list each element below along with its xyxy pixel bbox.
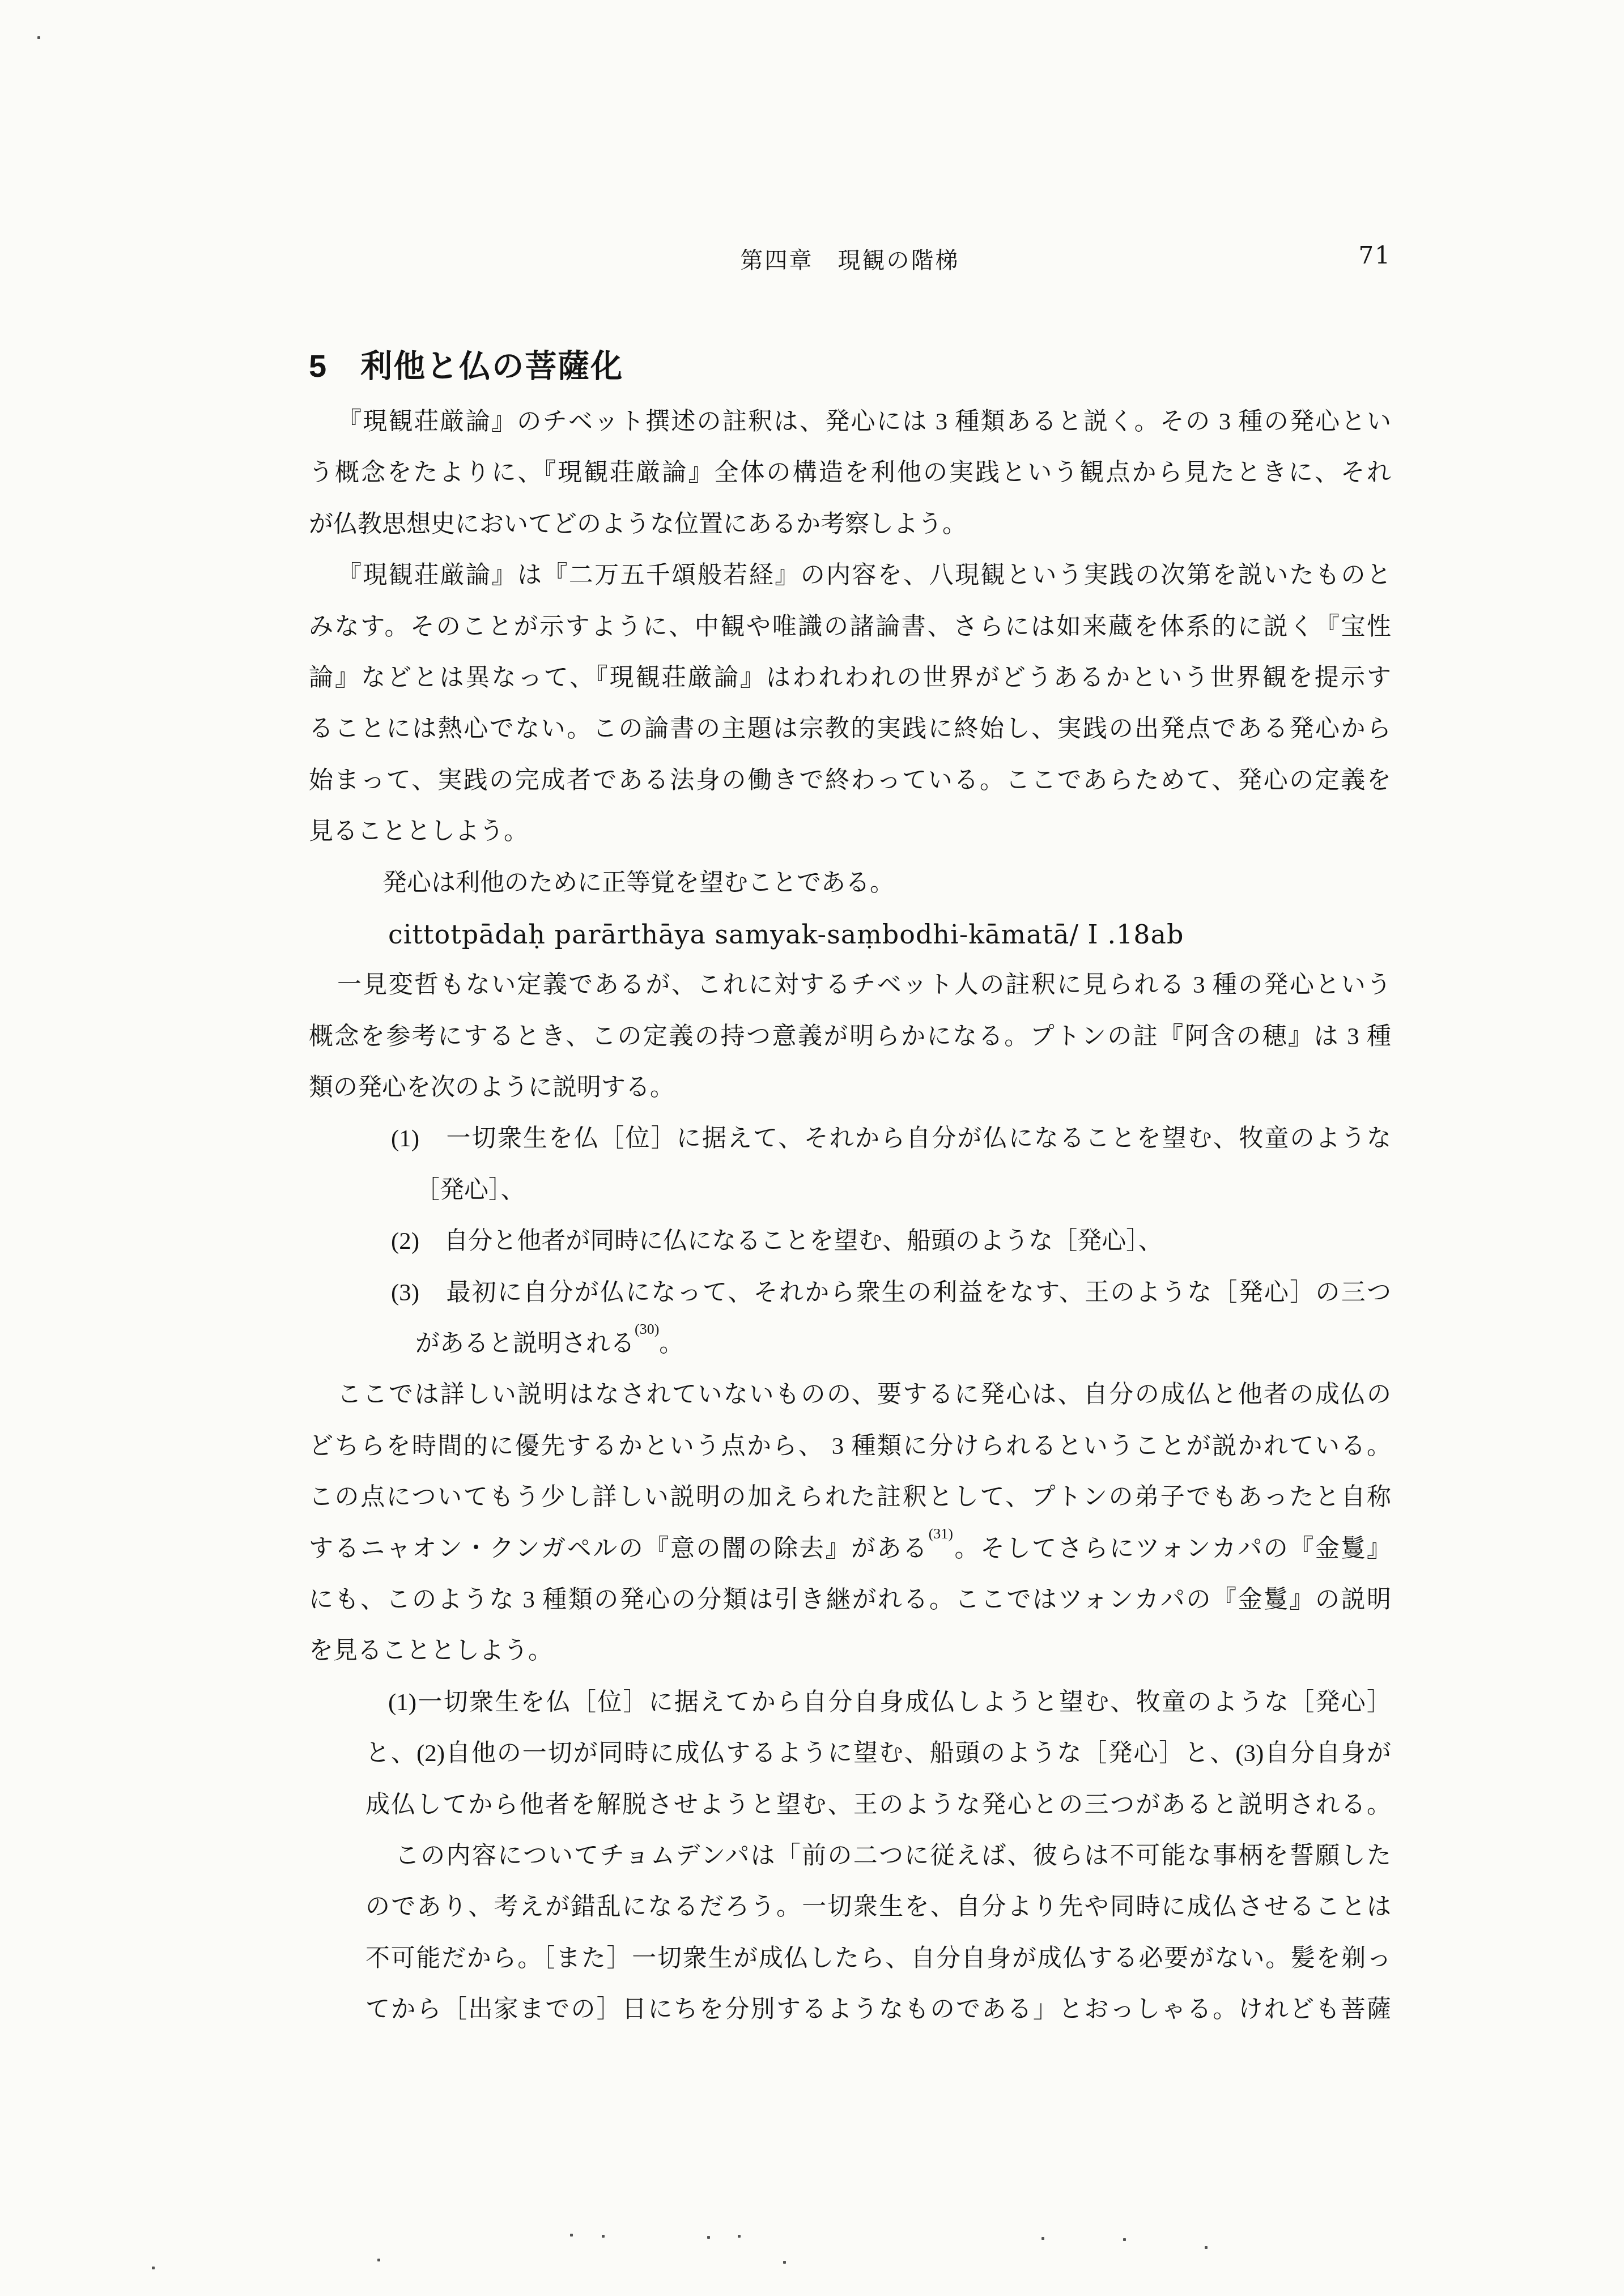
text-line: 論』などとは異なって、『現観荘厳論』はわれわれの世界がどうあるかという世界観を提…: [309, 653, 1391, 704]
scan-speck: [707, 2236, 710, 2239]
text-line: 成仏してから他者を解脱させようと望む、王のような発心との三つがあると説明される。: [309, 1780, 1391, 1831]
section-title: 利他と仏の菩薩化: [360, 348, 623, 384]
text-line: この点についてもう少し詳しい説明の加えられた註釈として、プトンの弟子でもあったと…: [309, 1472, 1391, 1523]
footnote-reference: (30): [635, 1321, 659, 1337]
text-line: と、(2)自他の一切が同時に成仏するように望む、船頭のような［発心］と、(3)自…: [309, 1728, 1391, 1779]
scan-speck: [602, 2235, 605, 2238]
text-line: 発心は利他のために正等覚を望むことである。: [309, 858, 1391, 909]
text-line: 概念を参考にするとき、この定義の持つ意義が明らかになる。プトンの註『阿含の穂』は…: [309, 1011, 1391, 1062]
scan-speck: [1041, 2237, 1044, 2240]
text-line: するニャオン・クンガペルの『意の闇の除去』がある(31)。そしてさらにツォンカパ…: [309, 1524, 1391, 1575]
text-line: う概念をたよりに、『現観荘厳論』全体の構造を利他の実践という観点から見たときに、…: [309, 448, 1391, 499]
scan-speck: [1205, 2246, 1208, 2249]
scan-speck: [1123, 2238, 1126, 2241]
text-line: 類の発心を次のように説明する。: [309, 1062, 1391, 1113]
text-line: を見ることとしよう。: [309, 1626, 1391, 1677]
text-line: (1) 一切衆生を仏［位］に据えて、それから自分が仏になることを望む、牧童のよう…: [309, 1113, 1391, 1164]
scan-speck: [738, 2235, 741, 2238]
text-line: 『現観荘厳論』のチベット撰述の註釈は、発心には 3 種類あると説く。その 3 種…: [309, 397, 1391, 448]
scan-speck: [570, 2234, 573, 2237]
chapter-title: 第四章 現観の階梯: [309, 243, 1391, 275]
text-line: (2) 自分と他者が同時に仏になることを望む、船頭のような［発心］、: [309, 1216, 1391, 1267]
scan-speck: [152, 2267, 155, 2269]
page-number: 71: [1359, 241, 1391, 269]
text-line: てから［出家までの］日にちを分別するようなものである」とおっしゃる。けれども菩薩: [309, 1984, 1391, 2035]
scanned-book-page: 第四章 現観の階梯 71 5利他と仏の菩薩化 『現観荘厳論』のチベット撰述の註釈…: [0, 0, 1624, 2296]
scan-speck: [377, 2259, 380, 2261]
text-line: (1)一切衆生を仏［位］に据えてから自分自身成仏しようと望む、牧童のような［発心…: [309, 1677, 1391, 1728]
running-header: 第四章 現観の階梯 71: [309, 243, 1391, 274]
text-line: ここでは詳しい説明はなされていないものの、要するに発心は、自分の成仏と他者の成仏…: [309, 1370, 1391, 1421]
text-line: が仏教思想史においてどのような位置にあるか考察しよう。: [309, 499, 1391, 550]
scan-speck: [37, 36, 40, 39]
text-line: cittotpādaḥ parārthāya samyak-saṃbodhi-k…: [309, 909, 1391, 960]
text-line: 不可能だから。［また］一切衆生が成仏したら、自分自身が成仏する必要がない。髪を剃…: [309, 1933, 1391, 1984]
text-line: ［発心］、: [309, 1165, 1391, 1216]
section-heading: 5利他と仏の菩薩化: [309, 341, 623, 386]
text-line: 見ることとしよう。: [309, 806, 1391, 857]
text-line: のであり、考えが錯乱になるだろう。一切衆生を、自分より先や同時に成仏させることは: [309, 1882, 1391, 1933]
scan-speck: [783, 2261, 786, 2264]
text-line: 『現観荘厳論』は『二万五千頌般若経』の内容を、八現観という実践の次第を説いたもの…: [309, 550, 1391, 601]
text-line: (3) 最初に自分が仏になって、それから衆生の利益をなす、王のような［発心］の三…: [309, 1268, 1391, 1319]
text-line: 一見変哲もない定義であるが、これに対するチベット人の註釈に見られる 3 種の発心…: [309, 960, 1391, 1011]
text-line: ることには熱心でない。この論書の主題は宗教的実践に終始し、実践の出発点である発心…: [309, 704, 1391, 755]
body-text: 『現観荘厳論』のチベット撰述の註釈は、発心には 3 種類あると説く。その 3 種…: [309, 397, 1391, 2036]
text-line: 始まって、実践の完成者である法身の働きで終わっている。ここであらためて、発心の定…: [309, 755, 1391, 806]
text-line: この内容についてチョムデンパは「前の二つに従えば、彼らは不可能な事柄を誓願した: [309, 1831, 1391, 1882]
text-line: があると説明される(30)。: [309, 1319, 1391, 1370]
text-line: みなす。そのことが示すように、中観や唯識の諸論書、さらには如来蔵を体系的に説く『…: [309, 602, 1391, 653]
section-number: 5: [309, 348, 328, 384]
text-line: にも、このような 3 種類の発心の分類は引き継がれる。ここではツォンカパの『金鬘…: [309, 1575, 1391, 1626]
text-line: どちらを時間的に優先するかという点から、 3 種類に分けられるということが説かれ…: [309, 1421, 1391, 1472]
footnote-reference: (31): [929, 1525, 953, 1542]
